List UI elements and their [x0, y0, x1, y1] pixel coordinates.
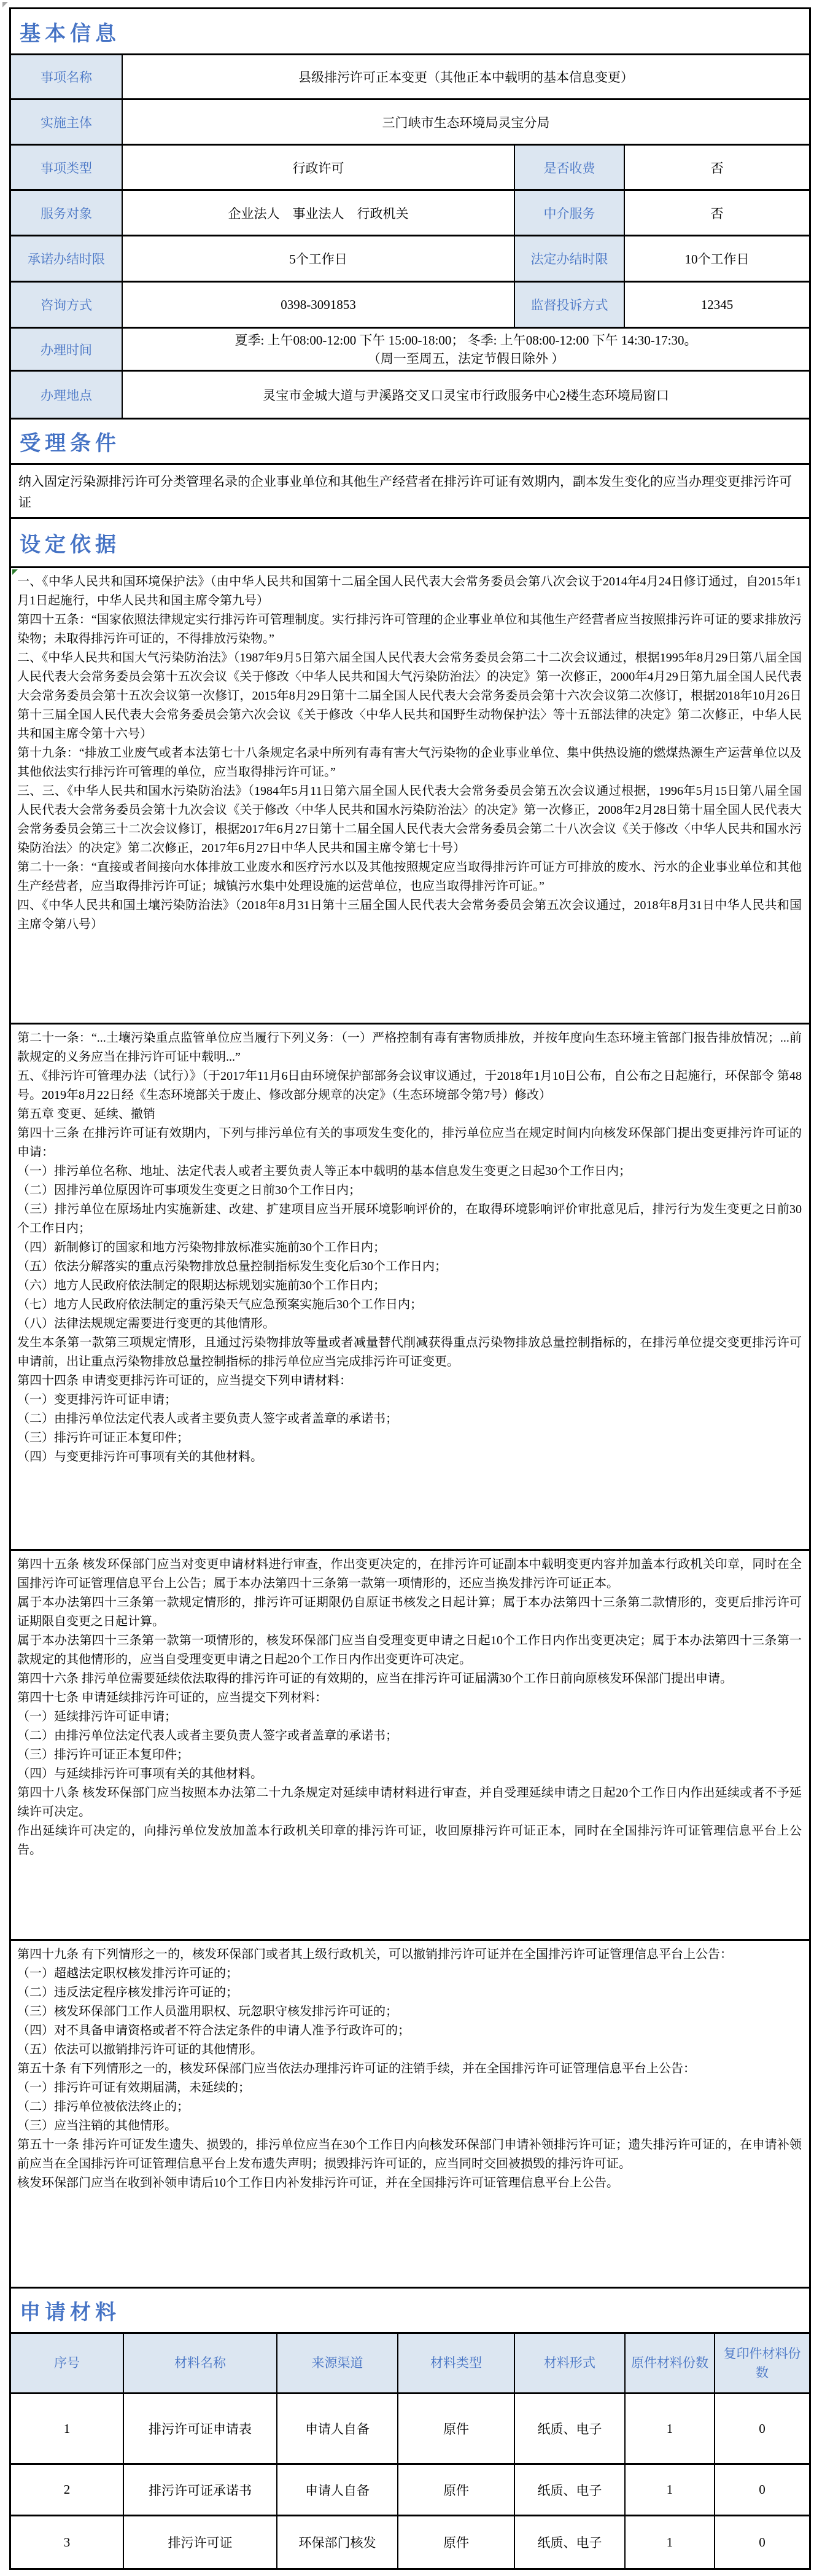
value-implement-body: 三门峡市生态环境局灵宝分局 — [123, 100, 809, 144]
value-item-name: 县级排污许可正本变更（其他正本中载明的基本信息变更） — [123, 55, 809, 98]
materials-table-row-2: 2 排污许可证承诺书 申请人自备 原件 纸质、电子 1 0 — [11, 2465, 809, 2516]
label-statutory-limit: 法定办结时限 — [515, 236, 625, 281]
cell-material-type: 原件 — [398, 2465, 515, 2515]
col-header-seq: 序号 — [11, 2334, 124, 2392]
legal-basis-text-1: 一、《中华人民共和国环境保护法》（由中华人民共和国第十二届全国人民代表大会常务委… — [17, 575, 802, 931]
value-intermediary-service: 否 — [625, 191, 809, 235]
row-handle-time: 办理时间 夏季: 上午08:00-12:00 下午 15:00-18:00； 冬… — [11, 329, 809, 372]
row-promise-limit: 承诺办结时限 5个工作日 法定办结时限 10个工作日 — [11, 236, 809, 283]
cell-seq: 1 — [11, 2394, 124, 2463]
label-complaint-way: 监督投诉方式 — [515, 283, 625, 327]
label-item-type: 事项类型 — [11, 146, 123, 189]
cell-source-channel: 申请人自备 — [277, 2394, 398, 2463]
cell-material-name: 排污许可证 — [124, 2516, 277, 2568]
cell-source-channel: 环保部门核发 — [277, 2516, 398, 2568]
value-item-type: 行政许可 — [123, 146, 515, 189]
cell-material-type: 原件 — [398, 2516, 515, 2568]
label-service-target: 服务对象 — [11, 191, 123, 235]
value-is-charged: 否 — [625, 146, 809, 189]
cell-material-type: 原件 — [398, 2394, 515, 2463]
row-handle-place: 办理地点 灵宝市金城大道与尹溪路交叉口灵宝市行政服务中心2楼生态环境局窗口 — [11, 372, 809, 420]
label-item-name: 事项名称 — [11, 55, 123, 98]
value-handle-time: 夏季: 上午08:00-12:00 下午 15:00-18:00； 冬季: 上午… — [123, 329, 809, 370]
cell-seq: 3 — [11, 2516, 124, 2568]
excel-error-triangle-icon — [12, 569, 18, 575]
col-header-material-name: 材料名称 — [124, 2334, 277, 2392]
section-title-basic-info: 基本信息 — [11, 9, 809, 55]
acceptance-condition-text: 纳入固定污染源排污许可分类管理名录的企业事业单位和其他生产经营者在排污许可证有效… — [11, 465, 809, 517]
legal-basis-text-3: 第四十五条 核发环保部门应当对变更申请材料进行审查，作出变更决定的，在排污许可证… — [11, 1551, 809, 1939]
cell-photocopy-copies: 0 — [715, 2394, 809, 2463]
materials-table-row-1: 1 排污许可证申请表 申请人自备 原件 纸质、电子 1 0 — [11, 2394, 809, 2465]
row-basis-block-1: 一、《中华人民共和国环境保护法》（由中华人民共和国第十二届全国人民代表大会常务委… — [11, 568, 809, 1025]
cell-material-form: 纸质、电子 — [515, 2516, 626, 2568]
value-complaint-hotline: 12345 — [625, 283, 809, 327]
row-basis-block-4: 第四十九条 有下列情形之一的，核发环保部门或者其上级行政机关，可以撤销排污许可证… — [11, 1941, 809, 2289]
col-header-material-type: 材料类型 — [398, 2334, 515, 2392]
label-is-charged: 是否收费 — [515, 146, 625, 189]
cell-material-form: 纸质、电子 — [515, 2394, 626, 2463]
label-handle-place: 办理地点 — [11, 372, 123, 418]
legal-basis-text-2: 第二十一条：“...土壤污染重点监管单位应当履行下列义务：（一）严格控制有毒有害… — [11, 1025, 809, 1549]
service-info-table: 基本信息 事项名称 县级排污许可正本变更（其他正本中载明的基本信息变更） 实施主… — [9, 7, 811, 2570]
col-header-original-copies: 原件材料份数 — [626, 2334, 715, 2392]
section-title-basis: 设定依据 — [11, 519, 809, 568]
row-implement-body: 实施主体 三门峡市生态环境局灵宝分局 — [11, 100, 809, 146]
section-title-text: 受理条件 — [20, 426, 120, 456]
cell-material-form: 纸质、电子 — [515, 2465, 626, 2515]
section-title-text: 申请材料 — [20, 2295, 120, 2325]
label-implement-body: 实施主体 — [11, 100, 123, 144]
col-header-material-form: 材料形式 — [515, 2334, 626, 2392]
screenshot-corner-artifact — [2, 2, 8, 7]
value-statutory-limit: 10个工作日 — [625, 236, 809, 281]
section-title-acceptance: 受理条件 — [11, 420, 809, 465]
cell-source-channel: 申请人自备 — [277, 2465, 398, 2515]
label-handle-time: 办理时间 — [11, 329, 123, 370]
cell-seq: 2 — [11, 2465, 124, 2515]
cell-photocopy-copies: 0 — [715, 2465, 809, 2515]
value-consult-phone: 0398-3091853 — [123, 283, 515, 327]
col-header-source-channel: 来源渠道 — [277, 2334, 398, 2392]
section-title-text: 基本信息 — [20, 17, 120, 47]
label-intermediary-service: 中介服务 — [515, 191, 625, 235]
cell-original-copies: 1 — [626, 2516, 715, 2568]
row-service-target: 服务对象 企业法人 事业法人 行政机关 中介服务 否 — [11, 191, 809, 236]
row-acceptance-text: 纳入固定污染源排污许可分类管理名录的企业事业单位和其他生产经营者在排污许可证有效… — [11, 465, 809, 519]
row-basis-block-3: 第四十五条 核发环保部门应当对变更申请材料进行审查，作出变更决定的，在排污许可证… — [11, 1551, 809, 1941]
cell-original-copies: 1 — [626, 2465, 715, 2515]
materials-header-row: 序号 材料名称 来源渠道 材料类型 材料形式 原件材料份数 复印件材料份数 — [11, 2334, 809, 2394]
col-header-photocopy-copies: 复印件材料份数 — [715, 2334, 809, 2392]
row-basis-block-2: 第二十一条：“...土壤污染重点监管单位应当履行下列义务：（一）严格控制有毒有害… — [11, 1025, 809, 1551]
label-consult-way: 咨询方式 — [11, 283, 123, 327]
row-item-type: 事项类型 行政许可 是否收费 否 — [11, 146, 809, 191]
cell-photocopy-copies: 0 — [715, 2516, 809, 2568]
label-promise-limit: 承诺办结时限 — [11, 236, 123, 281]
row-consult-way: 咨询方式 0398-3091853 监督投诉方式 12345 — [11, 283, 809, 329]
section-title-materials: 申请材料 — [11, 2289, 809, 2334]
value-promise-limit: 5个工作日 — [123, 236, 515, 281]
row-item-name: 事项名称 县级排污许可正本变更（其他正本中载明的基本信息变更） — [11, 55, 809, 100]
legal-basis-text-4: 第四十九条 有下列情形之一的，核发环保部门或者其上级行政机关，可以撤销排污许可证… — [11, 1941, 809, 2287]
service-info-page: { "colors": { "accent_blue": "#4472c4", … — [0, 0, 814, 2576]
value-handle-place: 灵宝市金城大道与尹溪路交叉口灵宝市行政服务中心2楼生态环境局窗口 — [123, 372, 809, 418]
cell-material-name: 排污许可证申请表 — [124, 2394, 277, 2463]
materials-table-row-3: 3 排污许可证 环保部门核发 原件 纸质、电子 1 0 — [11, 2516, 809, 2568]
cell-material-name: 排污许可证承诺书 — [124, 2465, 277, 2515]
value-service-target: 企业法人 事业法人 行政机关 — [123, 191, 515, 235]
cell-original-copies: 1 — [626, 2394, 715, 2463]
section-title-text: 设定依据 — [20, 528, 120, 558]
